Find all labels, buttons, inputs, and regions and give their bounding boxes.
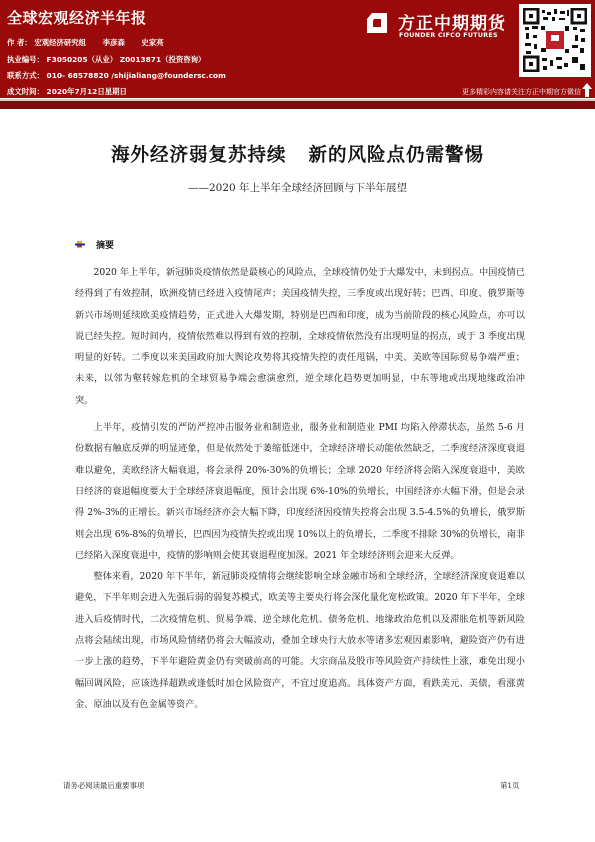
document-title: 海外经济弱复苏持续新的风险点仍需警惕 [0, 141, 595, 167]
page-number: 第1页 [500, 780, 519, 791]
title-part-1: 海外经济弱复苏持续 [111, 145, 287, 166]
license-label: 执业编号： [7, 54, 44, 65]
abstract-body: 2020 年上半年，新冠肺炎疫情依然是最核心的风险点，全球疫情仍处于大爆发中，未… [75, 262, 525, 715]
author-name: 史家亮 [141, 38, 163, 47]
author-line: 作 者： 宏观经济研究组 李彦森 史家亮 [7, 37, 164, 48]
abstract-bullet-icon [75, 241, 87, 248]
license-value: F3050205（从业） Z0013871（投资咨询） [47, 55, 206, 64]
logo-name-cn: 方正中期期货 [398, 9, 506, 34]
license-line: 执业编号： F3050205（从业） Z0013871（投资咨询） [7, 54, 205, 65]
date-label: 成文时间： [7, 86, 44, 97]
title-part-2: 新的风险点仍需警惕 [309, 145, 485, 166]
header-stripe [0, 101, 595, 109]
company-logo: 方正中期期货 FOUNDER CIFCO FUTURES [362, 6, 512, 42]
founder-logo-icon [365, 11, 389, 35]
date-line: 成文时间： 2020年7月12日星期日 [7, 86, 127, 97]
logo-name-en: FOUNDER CIFCO FUTURES [399, 32, 498, 39]
contact-line: 联系方式： 010- 68578820 /shijialiang@founder… [7, 70, 226, 81]
author-group: 宏观经济研究组 [34, 38, 86, 47]
follow-wechat-text[interactable]: 更多精彩内容请关注方正中期官方微信 [462, 87, 581, 97]
document-subtitle: ——2020 年上半年全球经济回顾与下半年展望 [0, 180, 595, 195]
report-type-title: 全球宏观经济半年报 [7, 7, 147, 28]
paragraph: 上半年，疫情引发的严防严控冲击服务业和制造业，服务业和制造业 PMI 均陷入停滞… [75, 417, 525, 566]
wechat-qr-code[interactable] [519, 4, 591, 77]
report-header-band: 全球宏观经济半年报 作 者： 宏观经济研究组 李彦森 史家亮 执业编号： F30… [0, 0, 595, 98]
author-label: 作 者： [7, 37, 32, 48]
footer-disclaimer: 请务必阅读最后重要事项 [63, 780, 144, 791]
qr-code-icon [523, 8, 587, 72]
contact-value[interactable]: 010- 68578820 /shijialiang@foundersc.com [47, 71, 226, 80]
paragraph: 2020 年上半年，新冠肺炎疫情依然是最核心的风险点，全球疫情仍处于大爆发中，未… [75, 262, 525, 411]
arrow-up-icon [582, 83, 592, 97]
abstract-heading: 摘要 [96, 238, 114, 251]
contact-label: 联系方式： [7, 70, 44, 81]
paragraph: 整体来看，2020 年下半年，新冠肺炎疫情将会继续影响全球金融市场和全球经济，全… [75, 566, 525, 715]
date-value: 2020年7月12日星期日 [47, 87, 127, 96]
author-name: 李彦森 [103, 38, 125, 47]
